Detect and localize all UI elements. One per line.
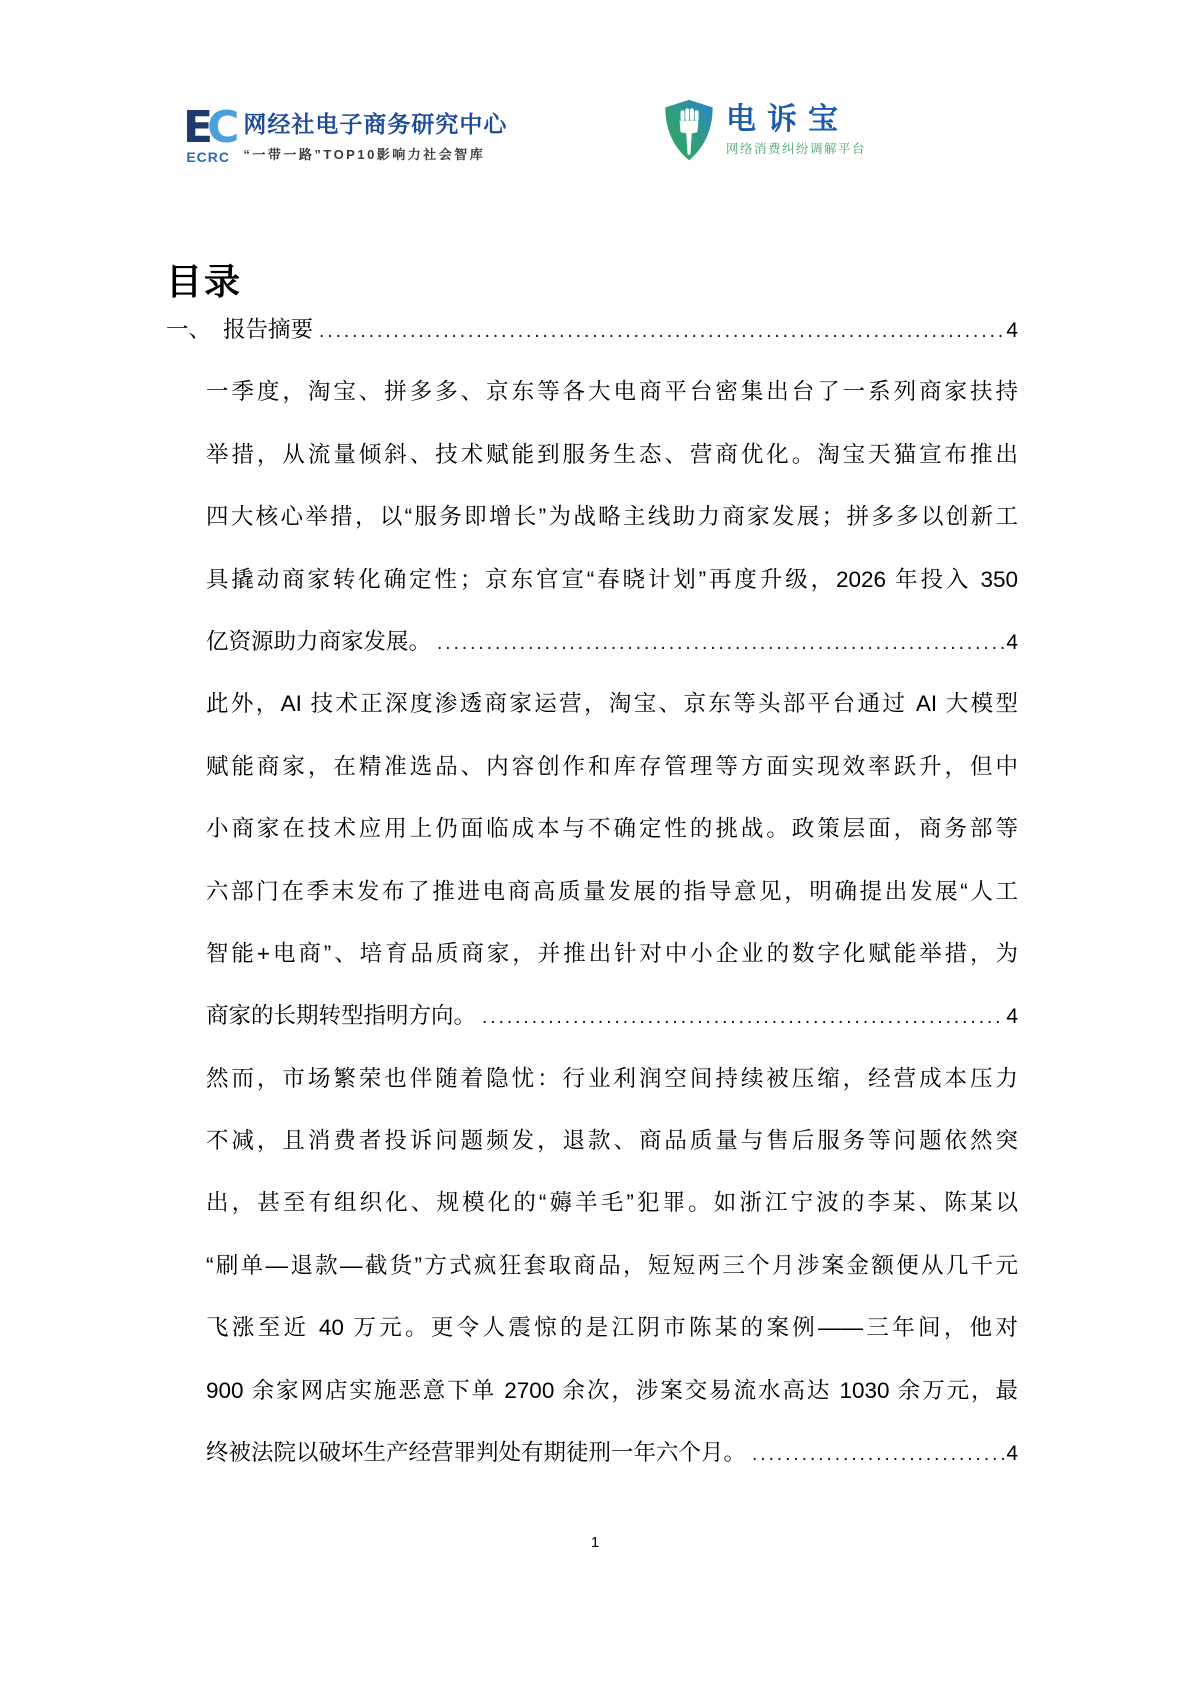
toc-entry-text: 报告摘要 (223, 299, 313, 361)
toc-page-number: 4 (1006, 300, 1018, 362)
toc-dot-leader: ........................................… (482, 987, 1004, 1049)
toc-paragraph-line: “刷单—退款—截货”方式疯狂套取商品，短短两三个月涉案金额便从几千元 (206, 1235, 1018, 1297)
ecrc-letter-e: E (183, 102, 207, 153)
toc-paragraph-last-line: 商家的长期转型指明方向。............................… (206, 985, 1018, 1047)
toc-paragraph-last-line: 终被法院以破坏生产经营罪判处有期徒刑一年六个月。................… (206, 1422, 1018, 1484)
ecrc-abbr: ECRC (186, 149, 230, 165)
toc-entry-text: 商家的长期转型指明方向。 (206, 985, 476, 1047)
toc-paragraph-line: 一季度，淘宝、拼多多、京东等各大电商平台密集出台了一系列商家扶持 (206, 361, 1018, 423)
toc-paragraph-line: 900 余家网店实施恶意下单 2700 余次，涉案交易流水高达 1030 余万元… (206, 1360, 1018, 1422)
dianshubao-title: 电诉宝 (726, 104, 866, 136)
toc-dot-leader: ........................................… (319, 301, 1004, 363)
document-page: EC ECRC 网经社电子商务研究中心 “一带一路”TOP10影响力社会智库 (0, 0, 1190, 1683)
toc-paragraph-line: 具撬动商家转化确定性；京东官宣“春晓计划”再度升级，2026 年投入 350 (206, 549, 1018, 611)
toc-paragraph-line: 小商家在技术应用上仍面临成本与不确定性的挑战。政策层面，商务部等 (206, 798, 1018, 860)
toc-paragraph-line: 四大核心举措，以“服务即增长”为战略主线助力商家发展；拼多多以创新工 (206, 486, 1018, 548)
ecrc-logo-text: 网经社电子商务研究中心 “一带一路”TOP10影响力社会智库 (243, 108, 507, 163)
ecrc-logo-mark: EC ECRC (183, 108, 233, 165)
toc-page-number: 4 (1006, 612, 1018, 674)
toc-paragraph-line: 此外，AI 技术正深度渗透商家运营，淘宝、京东等头部平台通过 AI 大模型 (206, 673, 1018, 735)
page-number: 1 (0, 1534, 1190, 1551)
dianshubao-subtitle: 网络消费纠纷调解平台 (726, 139, 866, 157)
dianshubao-logo-text: 电诉宝 网络消费纠纷调解平台 (726, 98, 866, 157)
toc-paragraph-line: 智能+电商”、培育品质商家，并推出针对中小企业的数字化赋能举措，为 (206, 923, 1018, 985)
ecrc-tagline: “一带一路”TOP10影响力社会智库 (243, 144, 507, 163)
toc-paragraph-line: 不减，且消费者投诉问题频发，退款、商品质量与售后服务等问题依然突 (206, 1110, 1018, 1172)
toc-paragraph-line: 出，甚至有组织化、规模化的“薅羊毛”犯罪。如浙江宁波的李某、陈某以 (206, 1172, 1018, 1234)
toc-entry-numbering: 一、 (166, 299, 211, 361)
ecrc-letter-c: C (207, 102, 233, 153)
toc-dot-leader: ........................................… (437, 613, 1004, 675)
toc-paragraph-last-line: 亿资源助力商家发展。..............................… (206, 611, 1018, 673)
toc-paragraph-line: 六部门在季末发布了推进电商高质量发展的指导意见，明确提出发展“人工 (206, 861, 1018, 923)
shield-fist-icon (660, 98, 718, 164)
dianshubao-logo: 电诉宝 网络消费纠纷调解平台 (660, 98, 866, 164)
ecrc-title: 网经社电子商务研究中心 (243, 110, 507, 138)
toc-entry-text: 亿资源助力商家发展。 (206, 611, 431, 673)
toc-heading: 目录 (166, 254, 242, 305)
ecrc-ec-monogram: EC (183, 108, 233, 148)
toc-page-number: 4 (1006, 1423, 1018, 1485)
toc-dot-leader: ........................................… (752, 1424, 1004, 1486)
toc-entry-text: 终被法院以破坏生产经营罪判处有期徒刑一年六个月。 (206, 1422, 746, 1484)
toc-page-number: 4 (1006, 986, 1018, 1048)
toc-paragraph-line: 然而，市场繁荣也伴随着隐忧：行业利润空间持续被压缩，经营成本压力 (206, 1048, 1018, 1110)
toc-paragraph-line: 赋能商家，在精准选品、内容创作和库存管理等方面实现效率跃升，但中 (206, 736, 1018, 798)
toc-chapter-line: 一、报告摘要..................................… (166, 299, 1018, 361)
ecrc-logo: EC ECRC 网经社电子商务研究中心 “一带一路”TOP10影响力社会智库 (183, 108, 507, 165)
toc-paragraph-line: 飞涨至近 40 万元。更令人震惊的是江阴市陈某的案例——三年间，他对 (206, 1297, 1018, 1359)
toc-body: 一、报告摘要..................................… (166, 299, 1018, 1484)
toc-paragraph-line: 举措，从流量倾斜、技术赋能到服务生态、营商优化。淘宝天猫宣布推出 (206, 424, 1018, 486)
